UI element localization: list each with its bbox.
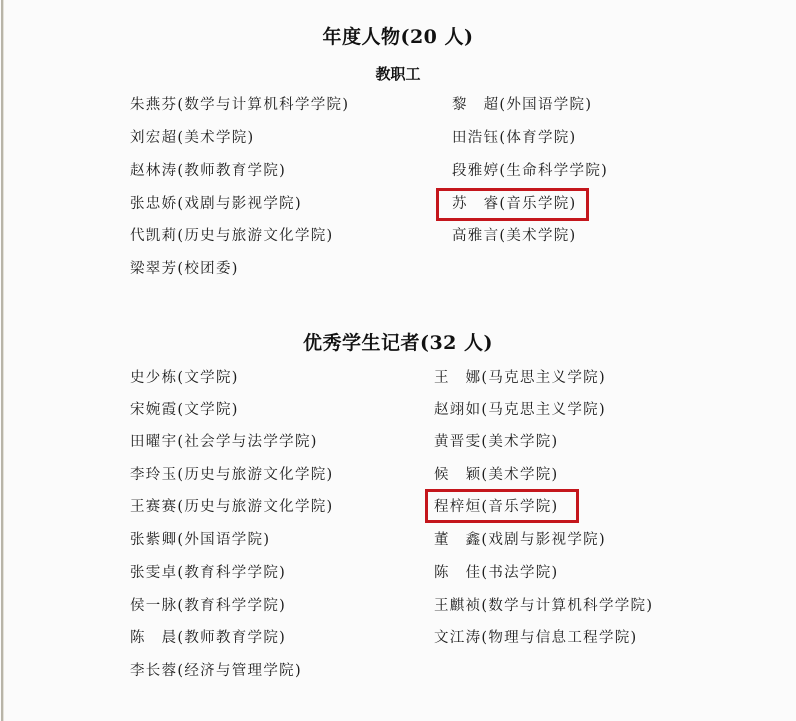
highlight-box-cheng-zixuan — [425, 489, 579, 523]
highlight-box-su-rui — [436, 188, 589, 221]
list-item: 张雯卓(教育科学学院) — [130, 563, 286, 583]
list-item: 侯一脉(教育科学学院) — [130, 596, 286, 616]
list-item: 田浩钰(体育学院) — [452, 128, 577, 148]
list-item: 黄晋雯(美术学院) — [434, 432, 559, 452]
list-item: 王 娜(马克思主义学院) — [434, 368, 606, 388]
list-item: 陈 佳(书法学院) — [434, 563, 559, 583]
list-item: 张紫卿(外国语学院) — [130, 530, 270, 550]
list-item: 代凯莉(历史与旅游文化学院) — [130, 226, 334, 246]
section-subtitle-faculty: 教职工 — [0, 63, 796, 84]
list-item: 王麒祯(数学与计算机科学学院) — [434, 596, 653, 616]
section-title-annual-figures: 年度人物(20 人) — [0, 22, 796, 49]
list-item: 赵林涛(教师教育学院) — [130, 161, 286, 181]
list-item: 史少栋(文学院) — [130, 368, 239, 388]
list-item: 李玲玉(历史与旅游文化学院) — [130, 465, 334, 485]
list-item: 李长蓉(经济与管理学院) — [130, 661, 302, 681]
list-item: 朱燕芬(数学与计算机科学学院) — [130, 95, 349, 115]
list-item: 宋婉霞(文学院) — [130, 400, 239, 420]
list-item: 文江涛(物理与信息工程学院) — [434, 628, 638, 648]
section-title-student-reporters: 优秀学生记者(32 人) — [0, 328, 796, 355]
list-item: 梁翠芳(校团委) — [130, 259, 239, 279]
list-item: 黎 超(外国语学院) — [452, 95, 592, 115]
list-item: 王赛赛(历史与旅游文化学院) — [130, 497, 334, 517]
list-item: 高雅言(美术学院) — [452, 226, 577, 246]
page-edge-rule-inner — [3, 0, 4, 721]
list-item: 候 颖(美术学院) — [434, 465, 559, 485]
list-item: 段雅婷(生命科学学院) — [452, 161, 608, 181]
list-item: 陈 晨(教师教育学院) — [130, 628, 286, 648]
list-item: 赵翊如(马克思主义学院) — [434, 400, 606, 420]
list-item: 刘宏超(美术学院) — [130, 128, 255, 148]
list-item: 董 鑫(戏剧与影视学院) — [434, 530, 606, 550]
list-item: 田曜宇(社会学与法学学院) — [130, 432, 318, 452]
list-item: 张忠娇(戏剧与影视学院) — [130, 194, 302, 214]
